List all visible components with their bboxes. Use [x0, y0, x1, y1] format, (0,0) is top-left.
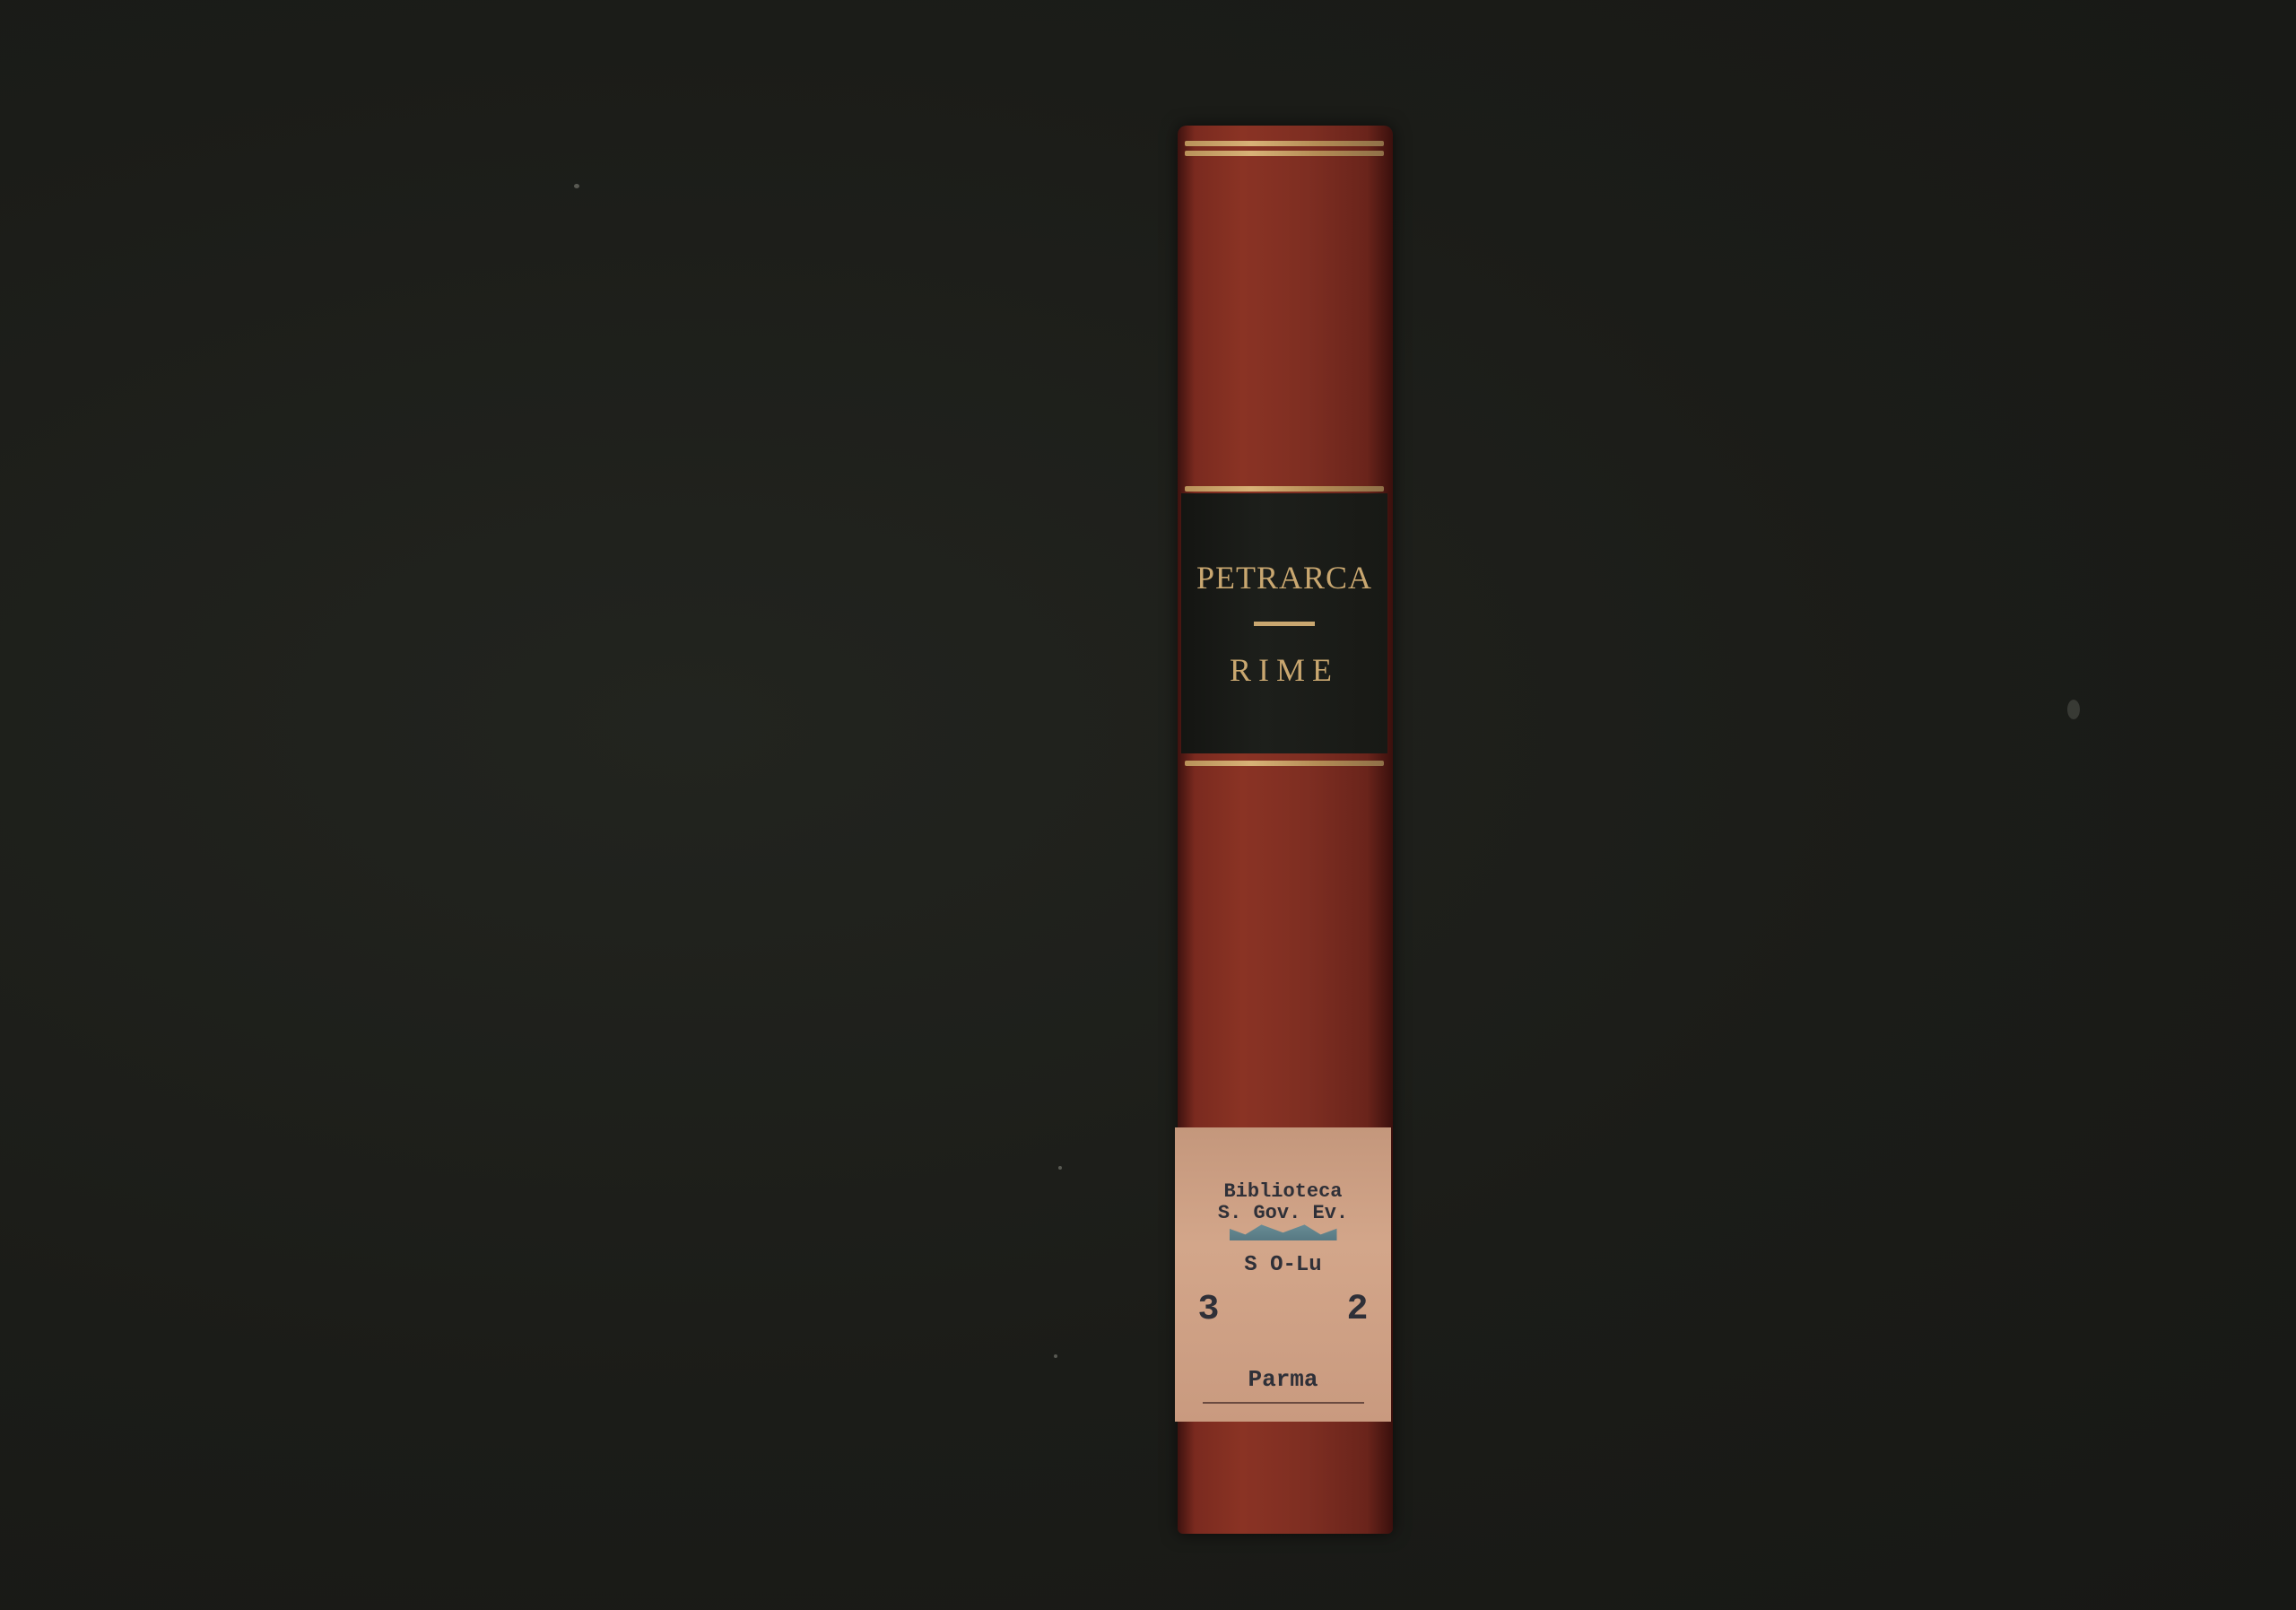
library-subname: S. Gov. Ev.	[1218, 1203, 1348, 1224]
shelf-number-right: 2	[1346, 1290, 1368, 1330]
library-label: Biblioteca S. Gov. Ev. S O-Lu 3 2 Parma	[1175, 1127, 1391, 1422]
gilt-divider	[1254, 622, 1315, 626]
scan-background: PETRARCA RIME Biblioteca S. Gov. Ev. S O…	[0, 0, 2296, 1610]
library-city: Parma	[1248, 1366, 1318, 1393]
book-spine: PETRARCA RIME Biblioteca S. Gov. Ev. S O…	[1178, 126, 1393, 1534]
work-title: RIME	[1230, 651, 1339, 689]
shelfmark: S O-Lu	[1244, 1253, 1321, 1277]
dust-speck	[574, 184, 579, 188]
gilt-band-upper	[1185, 486, 1384, 492]
author-name: PETRARCA	[1196, 559, 1372, 596]
shelf-number-left: 3	[1198, 1290, 1220, 1330]
library-name: Biblioteca	[1223, 1181, 1342, 1203]
dust-speck	[1058, 1166, 1062, 1170]
dust-speck	[2067, 700, 2080, 719]
gilt-band-top-2	[1185, 151, 1384, 156]
gilt-band-lower	[1185, 761, 1384, 766]
title-label: PETRARCA RIME	[1181, 493, 1387, 753]
label-rule	[1203, 1402, 1364, 1404]
dust-speck	[1054, 1354, 1057, 1358]
shelf-numbers: 3 2	[1198, 1290, 1369, 1330]
gilt-band-top-1	[1185, 141, 1384, 146]
